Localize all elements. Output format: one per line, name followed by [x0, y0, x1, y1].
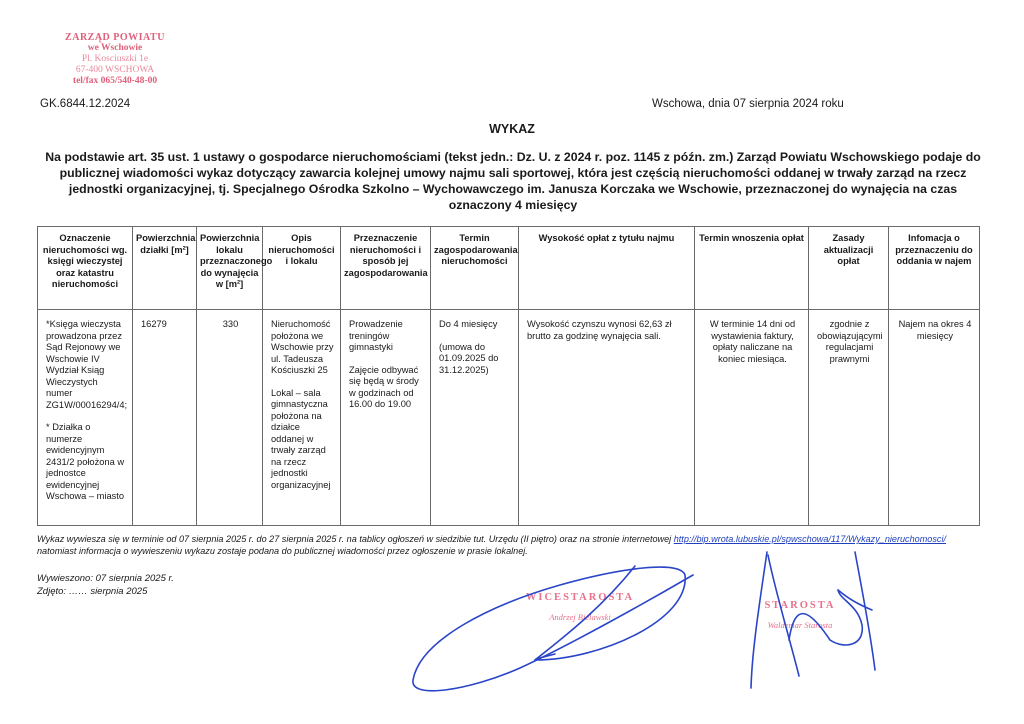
- stamp-line: ZARZĄD POWIATU: [55, 32, 175, 43]
- column-header: Termin zagospodarowania nieruchomości: [431, 227, 519, 310]
- property-table: Oznaczenie nieruchomości wg. księgi wiec…: [37, 226, 980, 526]
- term-text: Do 4 miesięcy: [439, 319, 512, 331]
- column-header: Zasady aktualizacji opłat: [809, 227, 889, 310]
- removed-date: Zdjęto: …… sierpnia 2025: [37, 586, 174, 599]
- stamp-title: WICESTAROSTA: [505, 592, 655, 603]
- stamp-line: tel/fax 065/540-48-00: [55, 76, 175, 87]
- column-header: Oznaczenie nieruchomości wg. księgi wiec…: [38, 227, 133, 310]
- plot-text: * Działka o numerze ewidencyjnym 2431/2 …: [46, 422, 126, 503]
- stamp-title: STAROSTA: [745, 600, 855, 611]
- cell-purpose: Prowadzenie treningów gimnastyki Zajęcie…: [341, 310, 431, 526]
- cell-oznaczenie: *Księga wieczysta prowadzona przez Sąd R…: [38, 310, 133, 526]
- description-location: Nieruchomość położona we Wschowie przy u…: [271, 319, 334, 377]
- reference-number: GK.6844.12.2024: [40, 98, 130, 110]
- purpose-text: Prowadzenie treningów gimnastyki: [349, 319, 424, 354]
- notice-text: Wykaz wywiesza się w terminie od 07 sier…: [37, 534, 674, 544]
- description-unit: Lokal – sala gimnastyczna położona na dz…: [271, 388, 334, 492]
- column-header: Infomacja o przeznaczeniu do oddania w n…: [889, 227, 980, 310]
- cell-description: Nieruchomość położona we Wschowie przy u…: [263, 310, 341, 526]
- notice-text-2: natomiast informacja o wywieszeniu wykaz…: [37, 546, 528, 556]
- column-header: Opis nieruchomości i lokalu: [263, 227, 341, 310]
- column-header: Wysokość opłat z tytułu najmu: [519, 227, 695, 310]
- cell-fees: Wysokość czynszu wynosi 62,63 zł brutto …: [519, 310, 695, 526]
- stamp-line: we Wschowie: [55, 43, 175, 54]
- stamp-name: Waldemar Starosta: [745, 620, 855, 630]
- table-header-row: Oznaczenie nieruchomości wg. księgi wiec…: [38, 227, 980, 310]
- column-header: Powierzchnia działki [m²]: [133, 227, 197, 310]
- cell-payment-term: W terminie 14 dni od wystawienia faktury…: [695, 310, 809, 526]
- column-header: Przeznaczenie nieruchomości i sposób jej…: [341, 227, 431, 310]
- column-header: Termin wnoszenia opłat: [695, 227, 809, 310]
- schedule-text: Zajęcie odbywać się będą w środy w godzi…: [349, 365, 424, 411]
- posting-dates: Wywieszono: 07 sierpnia 2025 r. Zdjęto: …: [37, 573, 174, 598]
- posting-notice: Wykaz wywiesza się w terminie od 07 sier…: [37, 533, 997, 557]
- cell-update-rules: zgodnie z obowiązującymi regulacjami pra…: [809, 310, 889, 526]
- land-register-text: *Księga wieczysta prowadzona przez Sąd R…: [46, 319, 126, 411]
- starosta-stamp: STAROSTA Waldemar Starosta: [745, 600, 855, 630]
- cell-unit-area: 330: [197, 310, 263, 526]
- document-title: WYKAZ: [0, 122, 1024, 136]
- posted-date: Wywieszono: 07 sierpnia 2025 r.: [37, 573, 174, 586]
- column-header: Powierzchnia lokalu przeznaczonego do wy…: [197, 227, 263, 310]
- stamp-line: 67-400 WSCHOWA: [55, 65, 175, 76]
- vice-starosta-stamp: WICESTAROSTA Andrzej Bielawski: [505, 592, 655, 622]
- cell-lease-info: Najem na okres 4 miesięcy: [889, 310, 980, 526]
- stamp-line: Pl. Kosciuszki 1e: [55, 54, 175, 65]
- cell-term: Do 4 miesięcy (umowa do 01.09.2025 do 31…: [431, 310, 519, 526]
- intro-paragraph: Na podstawie art. 35 ust. 1 ustawy o gos…: [36, 149, 990, 213]
- table-row: *Księga wieczysta prowadzona przez Sąd R…: [38, 310, 980, 526]
- contract-dates: (umowa do 01.09.2025 do 31.12.2025): [439, 342, 512, 377]
- stamp-name: Andrzej Bielawski: [505, 612, 655, 622]
- place-date: Wschowa, dnia 07 sierpnia 2024 roku: [652, 98, 844, 110]
- bip-link[interactable]: http://bip.wrota.lubuskie.pl/spwschowa/1…: [674, 534, 946, 544]
- cell-plot-area: 16279: [133, 310, 197, 526]
- office-stamp: ZARZĄD POWIATU we Wschowie Pl. Kosciuszk…: [55, 32, 175, 87]
